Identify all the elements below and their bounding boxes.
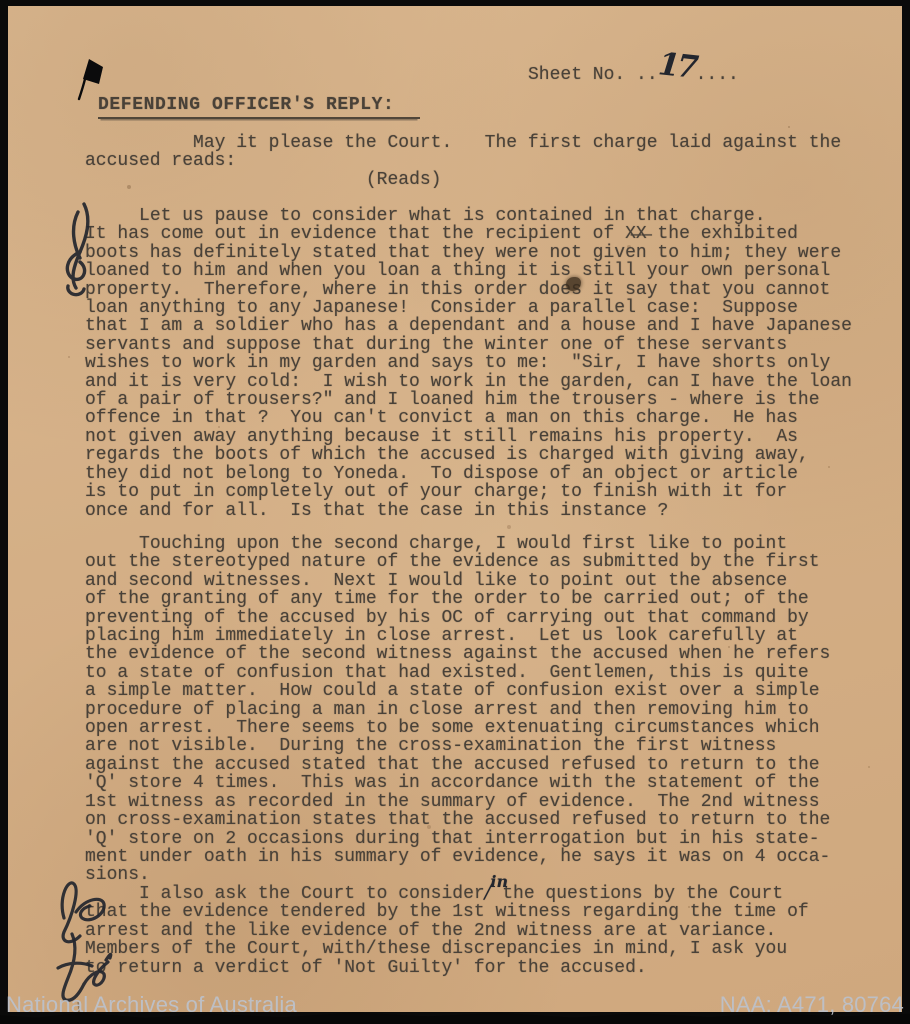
- paper: Sheet No. ..17.... DEFENDING OFFICER'S R…: [8, 6, 902, 1012]
- sheet-number-line: Sheet No. ..17....: [528, 60, 739, 84]
- document-scan: Sheet No. ..17.... DEFENDING OFFICER'S R…: [0, 0, 910, 1024]
- sheet-number-handwritten: 17: [657, 55, 697, 77]
- sheet-number-label: Sheet No.: [528, 65, 625, 85]
- archive-reference: NAA: A471, 80764: [720, 992, 904, 1018]
- archive-name-watermark: National Archives of Australia: [6, 992, 297, 1018]
- paper-speckles: [8, 6, 10, 8]
- paragraph-3-text-start: I also ask the Court to consider: [85, 884, 485, 904]
- pen-flourish-icon: [56, 200, 106, 304]
- intro-paragraph: May it please the Court. The first charg…: [85, 134, 841, 189]
- paragraph-3: I also ask the Court to consider/in the …: [85, 884, 809, 977]
- paragraph-1: Let us pause to consider what is contain…: [85, 207, 852, 520]
- sheet-number-dots-before: ..: [625, 65, 657, 85]
- document-heading: DEFENDING OFFICER'S REPLY:: [98, 96, 420, 119]
- sheet-number-dots-after: ....: [696, 65, 739, 85]
- paragraph-2: Touching upon the second charge, I would…: [85, 535, 830, 885]
- ink-blot: [76, 56, 108, 102]
- archive-watermark-bar: National Archives of Australia NAA: A471…: [6, 992, 904, 1018]
